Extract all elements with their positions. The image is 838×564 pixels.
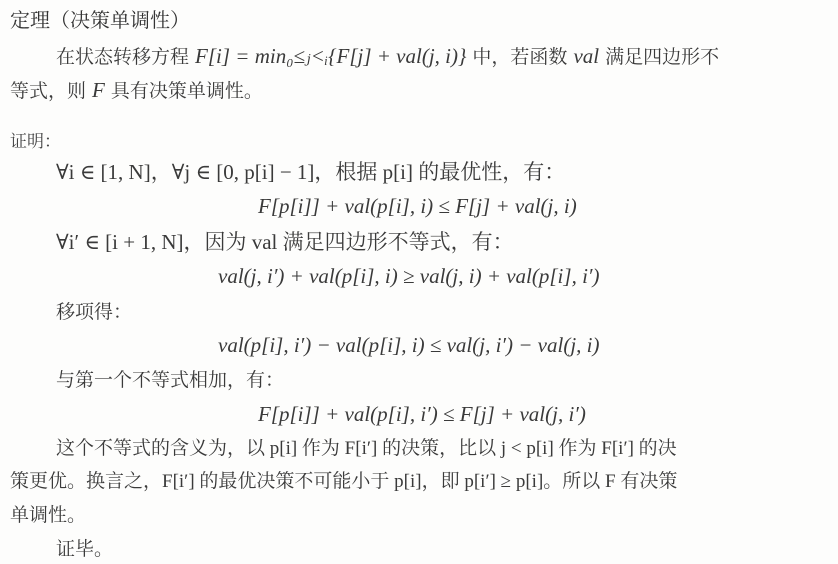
statement-text: 等式，则: [10, 80, 92, 102]
proof-step1-formula: F[p[i]] + val(p[i], i) ≤ F[j] + val(j, i…: [258, 194, 577, 218]
proof-label: 证明：: [10, 130, 61, 154]
proof-step3-formula: val(p[i], i′) − val(p[i], i) ≤ val(j, i′…: [218, 333, 600, 357]
conclusion-line3: 单调性。: [10, 503, 86, 527]
theorem-statement-line2: 等式，则 F 具有决策单调性。: [10, 78, 263, 103]
statement-text: 具有决策单调性。: [105, 80, 263, 102]
statement-text: 在状态转移方程: [56, 46, 195, 68]
proof-step3-text: 移项得：: [56, 300, 132, 324]
val-function: val: [573, 44, 599, 68]
proof-qed: 证毕。: [56, 537, 113, 561]
proof-step4-formula: F[p[i]] + val(p[i], i′) ≤ F[j] + val(j, …: [258, 402, 586, 426]
F-symbol: F: [92, 78, 105, 102]
conclusion-line1: 这个不等式的含义为，以 p[i] 作为 F[i′] 的决策，比以 j < p[i…: [56, 437, 677, 461]
state-transition-equation: F[i] = min₀≤ⱼ<ᵢ{F[j] + val(j, i)}: [195, 44, 466, 68]
proof-step2-formula: val(j, i′) + val(p[i], i) ≥ val(j, i) + …: [218, 264, 600, 288]
proof-step2-text: ∀i′ ∈ [i + 1, N]，因为 val 满足四边形不等式，有：: [56, 230, 514, 254]
theorem-statement-line1: 在状态转移方程 F[i] = min₀≤ⱼ<ᵢ{F[j] + val(j, i)…: [56, 44, 719, 69]
proof-step4-text: 与第一个不等式相加，有：: [56, 368, 284, 392]
statement-text: 满足四边形不: [599, 46, 719, 68]
conclusion-line2: 策更优。换言之，F[i′] 的最优决策不可能小于 p[i]，即 p[i′] ≥ …: [10, 470, 677, 494]
theorem-title: 定理（决策单调性）: [10, 8, 190, 32]
proof-step1-text: ∀i ∈ [1, N]，∀j ∈ [0, p[i] − 1]，根据 p[i] 的…: [56, 160, 565, 184]
statement-text: 中，若函数: [466, 46, 573, 68]
